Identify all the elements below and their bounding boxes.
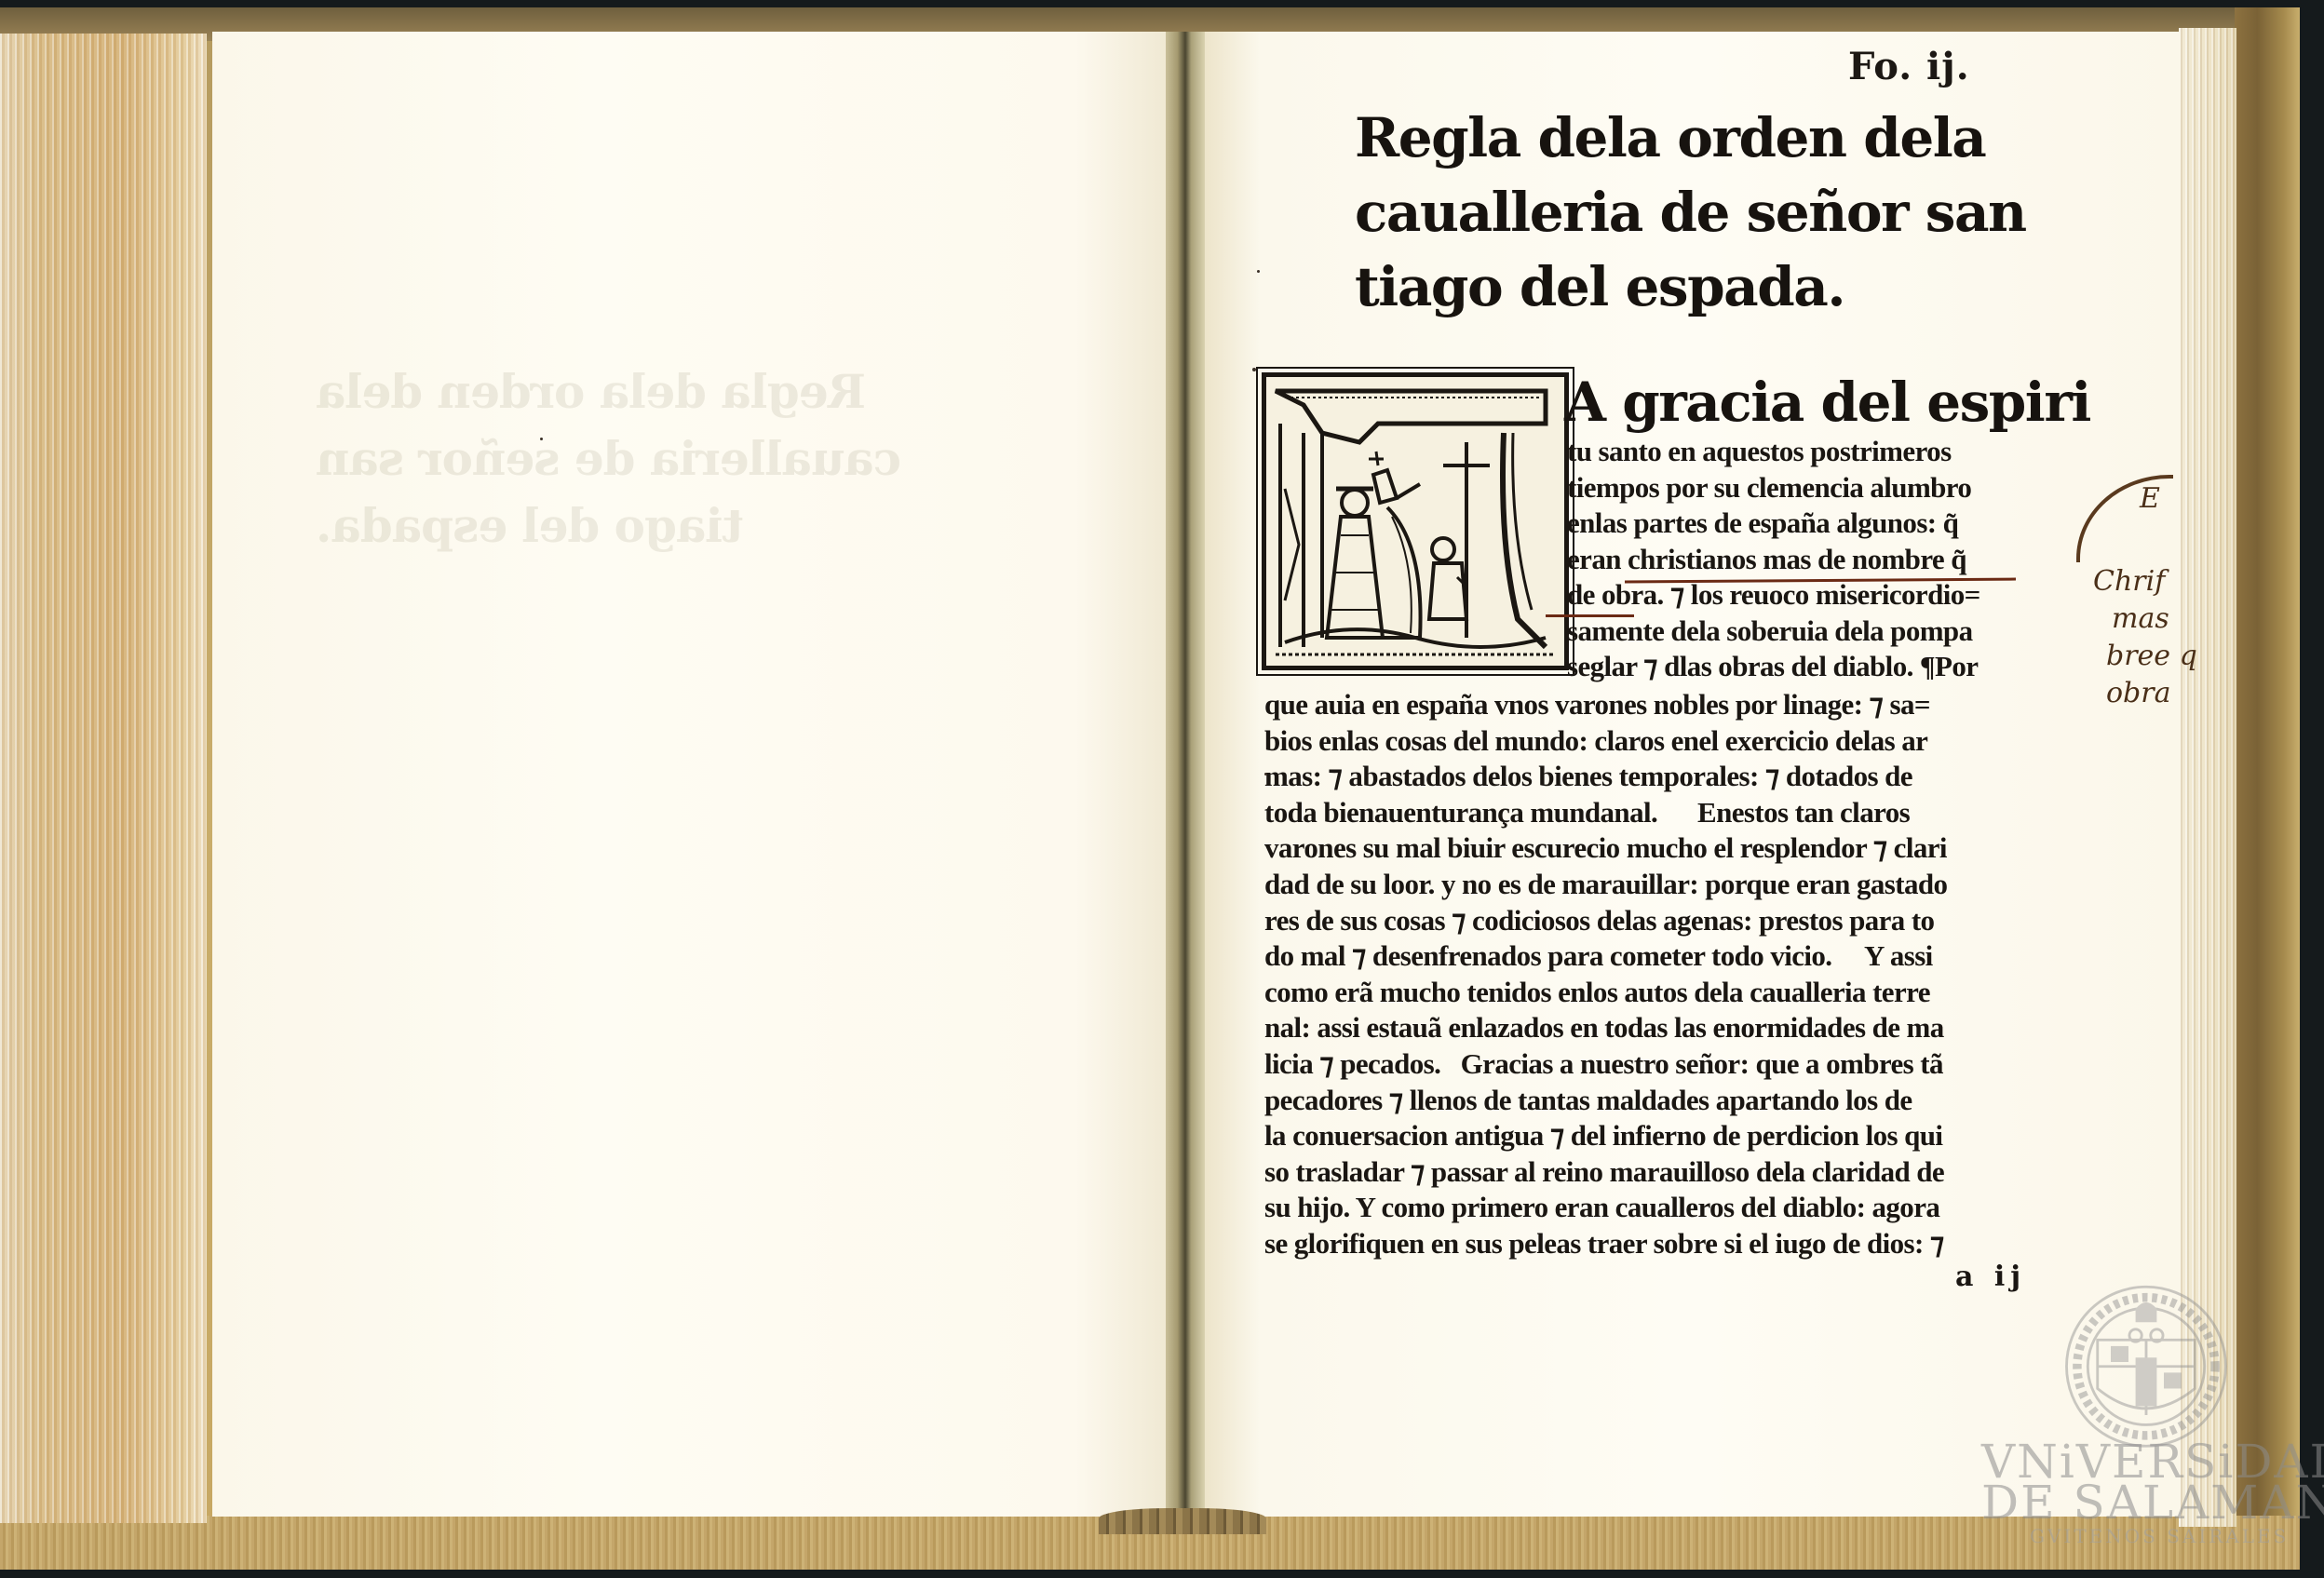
text-line: su hijo. Y como primero eran caualleros …: [1264, 1190, 1947, 1226]
book-gutter: [1166, 32, 1205, 1517]
lead-line: A gracia del espiri: [1564, 371, 2090, 434]
text-line: res de sus cosas ⁊ codiciosos delas agen…: [1264, 903, 1947, 939]
watermark-subtitle: GVITENOS SAIRALES: [2030, 1525, 2289, 1547]
text-line: toda bienauenturança mundanal. Enestos t…: [1264, 795, 1947, 831]
text-line: tu santo en aquestos postrimeros: [1567, 434, 1980, 470]
note-line: obra: [2093, 675, 2197, 712]
signature-mark: a ij: [1955, 1261, 2026, 1293]
bleed-line: caualleria de señor san: [317, 425, 1043, 492]
left-page-bleed-through: Regla dela orden dela caualleria de seño…: [317, 358, 1043, 560]
paper-speck: [540, 438, 543, 440]
headband: [1099, 1508, 1266, 1534]
title-line: tiago del espada.: [1355, 250, 2006, 324]
folio-number: Fo. ij.: [1848, 45, 1970, 88]
text-line: varones su mal biuir escurecio mucho el …: [1264, 830, 1947, 867]
text-line: se glorifiquen en sus peleas traer sobre…: [1264, 1226, 1947, 1262]
text-line: pecadores ⁊ llenos de tantas maldades ap…: [1264, 1083, 1947, 1119]
manuscript-marginal-note: E Chrif mas bree q obra: [2067, 465, 2179, 708]
text-line: bios enlas cosas del mundo: claros enel …: [1264, 723, 1947, 760]
note-line: bree q: [2093, 638, 2197, 675]
manuscript-underline: [1546, 614, 1634, 617]
watermark-text: VNiVERSiDAD DE SALAMANCA: [1981, 1441, 2317, 1523]
text-line: nal: assi estauã enlazados en todas las …: [1264, 1010, 1947, 1046]
text-line: samente dela soberuia dela pompa: [1567, 614, 1980, 650]
text-line: la conuersacion antigua ⁊ del infierno d…: [1264, 1118, 1947, 1154]
paper-speck: [1264, 773, 1267, 776]
bleed-line: Regla dela orden dela: [317, 358, 1043, 425]
university-seal-icon: [2058, 1274, 2235, 1450]
cover-right-flap: [2235, 7, 2300, 1534]
text-line: tiempos por su clemencia alumbro: [1567, 470, 1980, 506]
woodcut-illustration-icon: [1266, 377, 1564, 666]
bracket-letter: E: [2140, 482, 2160, 515]
text-line: que auia en españa vnos varones nobles p…: [1264, 687, 1947, 723]
title-line: Regla dela orden dela: [1355, 101, 2006, 175]
text-line: eran christianos mas de nombre q̃: [1567, 542, 1980, 578]
text-line: mas: ⁊ abastados delos bienes temporales…: [1264, 759, 1947, 795]
watermark-line2: DE SALAMANCA: [1981, 1482, 2317, 1523]
bleed-line: tiago del espada.: [317, 492, 1043, 560]
text-line: dad de su loor. y no es de marauillar: p…: [1264, 867, 1947, 903]
woodcut-initial-icon: [1262, 372, 1569, 670]
body-text-block: que auia en españa vnos varones nobles p…: [1264, 687, 1947, 1262]
note-line: mas: [2093, 600, 2197, 638]
left-page: [212, 32, 1171, 1517]
page-title: Regla dela orden dela caualleria de seño…: [1355, 101, 2006, 324]
text-line: so trasladar ⁊ passar al reino marauillo…: [1264, 1154, 1947, 1191]
left-page-block-edge: [0, 34, 207, 1523]
text-line: licia ⁊ pecados. Gracias a nuestro señor…: [1264, 1046, 1947, 1083]
text-line: enlas partes de españa algunos: q̃: [1567, 506, 1980, 542]
title-line: caualleria de señor san: [1355, 175, 2006, 250]
paper-speck: [1257, 270, 1260, 273]
text-line: como erã mucho tenidos enlos autos dela …: [1264, 975, 1947, 1011]
text-line: do mal ⁊ desenfrenados para cometer todo…: [1264, 938, 1947, 975]
note-line: Chrif: [2093, 563, 2197, 600]
text-line: seglar ⁊ dlas obras del diablo. ¶Por: [1567, 649, 1980, 685]
paper-speck: [1252, 368, 1256, 371]
indented-text-block: tu santo en aquestos postrimeros tiempos…: [1567, 434, 1980, 685]
